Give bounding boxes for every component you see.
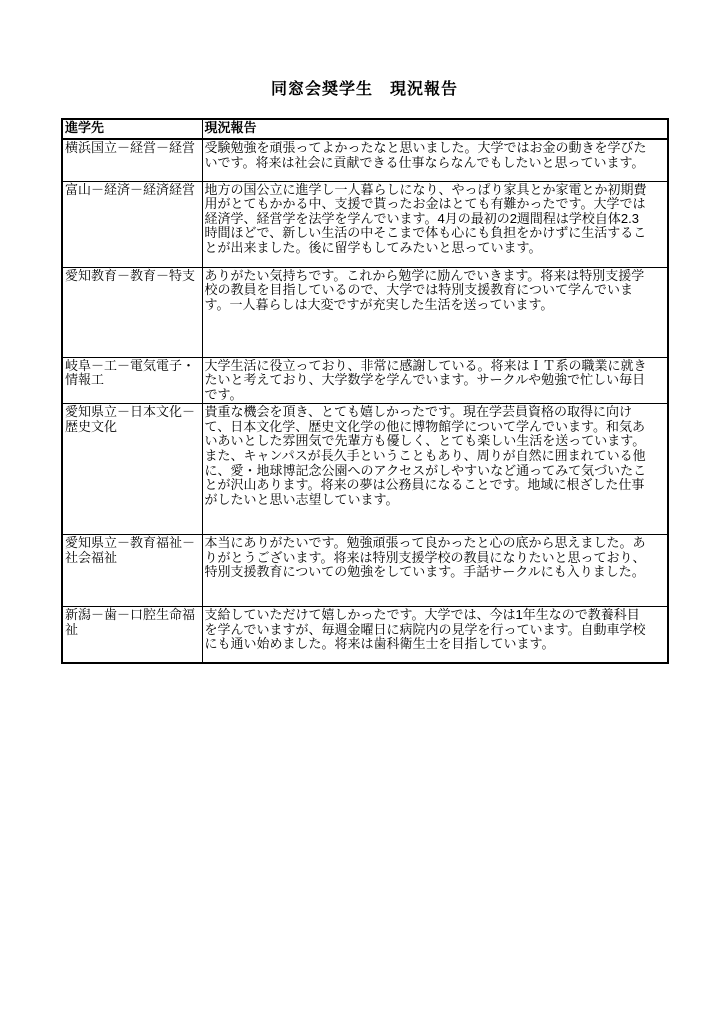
destination-cell: 岐阜－工－電気電子・ 情報工	[62, 357, 202, 404]
table-row: 岐阜－工－電気電子・ 情報工 大学生活に役立っており、非常に感謝している。将来は…	[62, 357, 668, 404]
page-title: 同窓会奨学生 現況報告	[61, 80, 668, 99]
destination-cell: 愛知県立－日本文化－ 歴史文化	[62, 404, 202, 535]
table-row: 富山－経済－経済経営 地方の国公立に進学し一人暮らしになり、やっぱり家具とか家電…	[62, 181, 668, 267]
destination-cell: 富山－経済－経済経営	[62, 181, 202, 267]
report-cell: ありがたい気持ちです。これから勉学に励んでいきます。将来は特別支援学 校の教員を…	[202, 267, 668, 357]
document-content: 同窓会奨学生 現況報告 進学先 現況報告 横浜国立－経営－経営 受験勉強を頑張っ…	[61, 0, 668, 664]
column-header-destination: 進学先	[62, 119, 202, 139]
table-row: 新潟－歯－口腔生命福 祉 支給していただけて嬉しかったです。大学では、今は1年生…	[62, 607, 668, 663]
report-cell: 本当にありがたいです。勉強頑張って良かったと心の底から思えました。あ りがとうご…	[202, 535, 668, 607]
table-row: 愛知県立－日本文化－ 歴史文化 貴重な機会を頂き、とても嬉しかったです。現在学芸…	[62, 404, 668, 535]
status-report-table: 進学先 現況報告 横浜国立－経営－経営 受験勉強を頑張ってよかったなと思いました…	[61, 118, 669, 664]
table-header-row: 進学先 現況報告	[62, 119, 668, 139]
table-row: 愛知県立－教育福祉－ 社会福祉 本当にありがたいです。勉強頑張って良かったと心の…	[62, 535, 668, 607]
report-cell: 大学生活に役立っており、非常に感謝している。将来はＩＴ系の職業に就き たいと考え…	[202, 357, 668, 404]
destination-cell: 横浜国立－経営－経営	[62, 139, 202, 181]
document-page: 同窓会奨学生 現況報告 進学先 現況報告 横浜国立－経営－経営 受験勉強を頑張っ…	[0, 0, 724, 1024]
report-cell: 受験勉強を頑張ってよかったなと思いました。大学ではお金の動きを学びた いです。将…	[202, 139, 668, 181]
report-cell: 貴重な機会を頂き、とても嬉しかったです。現在学芸員資格の取得に向け て、日本文化…	[202, 404, 668, 535]
destination-cell: 愛知県立－教育福祉－ 社会福祉	[62, 535, 202, 607]
report-cell: 地方の国公立に進学し一人暮らしになり、やっぱり家具とか家電とか初期費 用がとても…	[202, 181, 668, 267]
table-row: 横浜国立－経営－経営 受験勉強を頑張ってよかったなと思いました。大学ではお金の動…	[62, 139, 668, 181]
destination-cell: 新潟－歯－口腔生命福 祉	[62, 607, 202, 663]
table-row: 愛知教育－教育－特支 ありがたい気持ちです。これから勉学に励んでいきます。将来は…	[62, 267, 668, 357]
report-cell: 支給していただけて嬉しかったです。大学では、今は1年生なので教養科目 を学んでい…	[202, 607, 668, 663]
destination-cell: 愛知教育－教育－特支	[62, 267, 202, 357]
column-header-report: 現況報告	[202, 119, 668, 139]
